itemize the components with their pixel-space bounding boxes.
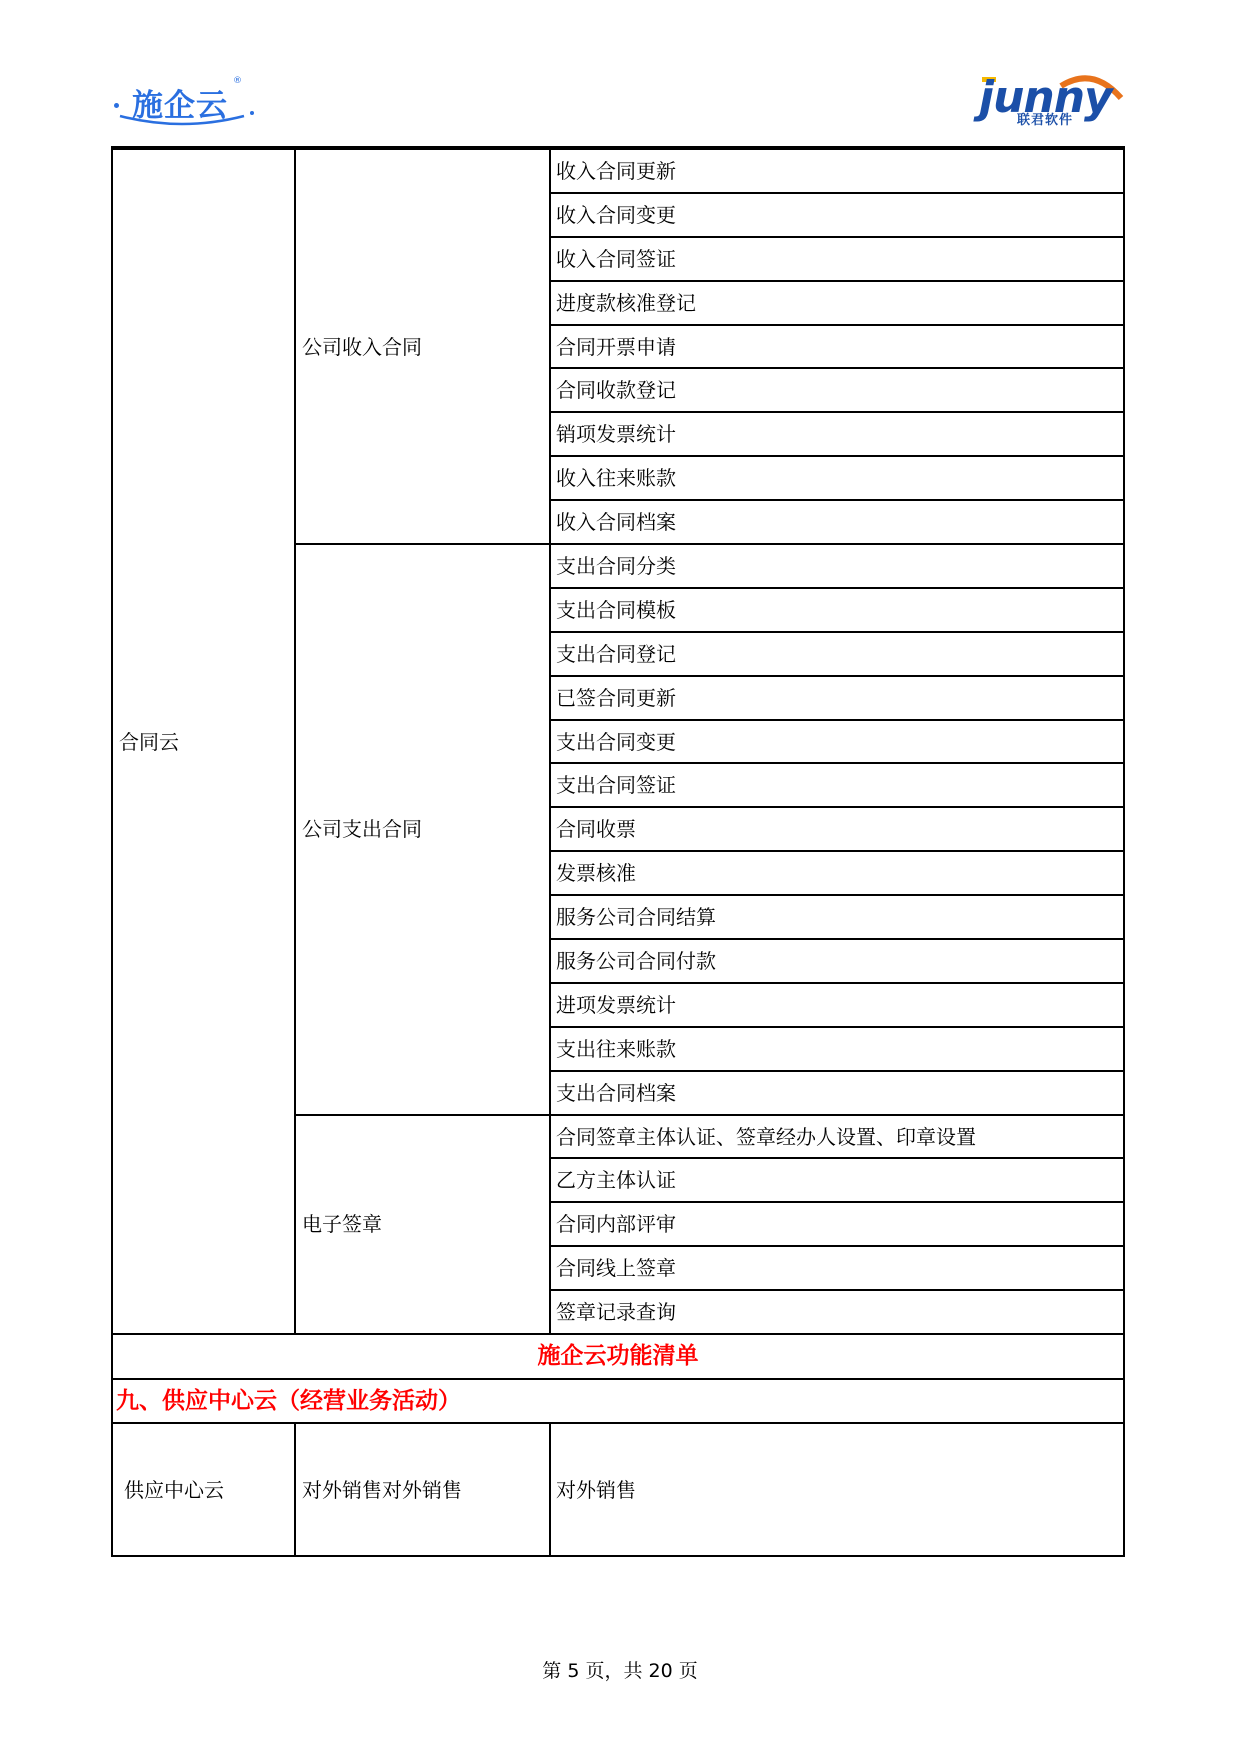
feature-cell: 支出合同分类 — [550, 544, 1124, 588]
table-title-row: 施企云功能清单 — [112, 1334, 1124, 1379]
shiqiyun-logo: 施企云 ® — [112, 76, 252, 132]
feature-cell: 合同收票 — [550, 807, 1124, 851]
group-cell: 公司收入合同 — [295, 149, 550, 544]
junny-logo: junny 联君软件 — [975, 72, 1155, 132]
feature-cell: 签章记录查询 — [550, 1290, 1124, 1334]
table-row: 合同云 公司收入合同 收入合同更新 — [112, 149, 1124, 193]
group-cell: 对外销售对外销售 — [295, 1423, 550, 1556]
feature-cell: 服务公司合同付款 — [550, 939, 1124, 983]
section-heading: 九、供应中心云（经营业务活动） — [112, 1379, 1124, 1423]
feature-cell: 乙方主体认证 — [550, 1158, 1124, 1202]
module-cell: 供应中心云 — [112, 1423, 295, 1556]
feature-cell: 进项发票统计 — [550, 983, 1124, 1027]
feature-cell: 发票核准 — [550, 851, 1124, 895]
table-title: 施企云功能清单 — [112, 1334, 1124, 1379]
logo-swoosh-icon — [112, 106, 254, 130]
feature-cell: 合同内部评审 — [550, 1202, 1124, 1246]
feature-cell: 支出合同登记 — [550, 632, 1124, 676]
feature-cell: 支出合同变更 — [550, 720, 1124, 764]
feature-cell: 合同签章主体认证、签章经办人设置、印章设置 — [550, 1115, 1124, 1159]
feature-cell: 收入合同签证 — [550, 237, 1124, 281]
page-number: 第 5 页，共 20 页 — [0, 1656, 1240, 1683]
logo-subtitle: 联君软件 — [1017, 109, 1073, 128]
feature-cell: 合同收款登记 — [550, 368, 1124, 412]
module-cell: 合同云 — [112, 149, 295, 1334]
feature-cell: 支出合同档案 — [550, 1071, 1124, 1115]
feature-cell: 已签合同更新 — [550, 676, 1124, 720]
registered-mark: ® — [233, 76, 242, 86]
feature-list-table: 合同云 公司收入合同 收入合同更新 收入合同变更 收入合同签证 进度款核准登记 … — [111, 148, 1125, 1557]
feature-cell: 支出合同模板 — [550, 588, 1124, 632]
section-header-row: 九、供应中心云（经营业务活动） — [112, 1379, 1124, 1423]
feature-cell: 进度款核准登记 — [550, 281, 1124, 325]
feature-cell: 服务公司合同结算 — [550, 895, 1124, 939]
feature-cell: 支出往来账款 — [550, 1027, 1124, 1071]
group-cell: 公司支出合同 — [295, 544, 550, 1115]
feature-cell: 销项发票统计 — [550, 412, 1124, 456]
group-cell: 电子签章 — [295, 1115, 550, 1334]
feature-cell: 合同线上签章 — [550, 1246, 1124, 1290]
feature-cell: 收入合同更新 — [550, 149, 1124, 193]
feature-cell: 收入合同变更 — [550, 193, 1124, 237]
feature-cell: 收入合同档案 — [550, 500, 1124, 544]
table-row: 供应中心云 对外销售对外销售 对外销售 — [112, 1423, 1124, 1556]
feature-cell: 对外销售 — [550, 1423, 1124, 1556]
feature-cell: 收入往来账款 — [550, 456, 1124, 500]
feature-cell: 支出合同签证 — [550, 763, 1124, 807]
feature-cell: 合同开票申请 — [550, 325, 1124, 369]
